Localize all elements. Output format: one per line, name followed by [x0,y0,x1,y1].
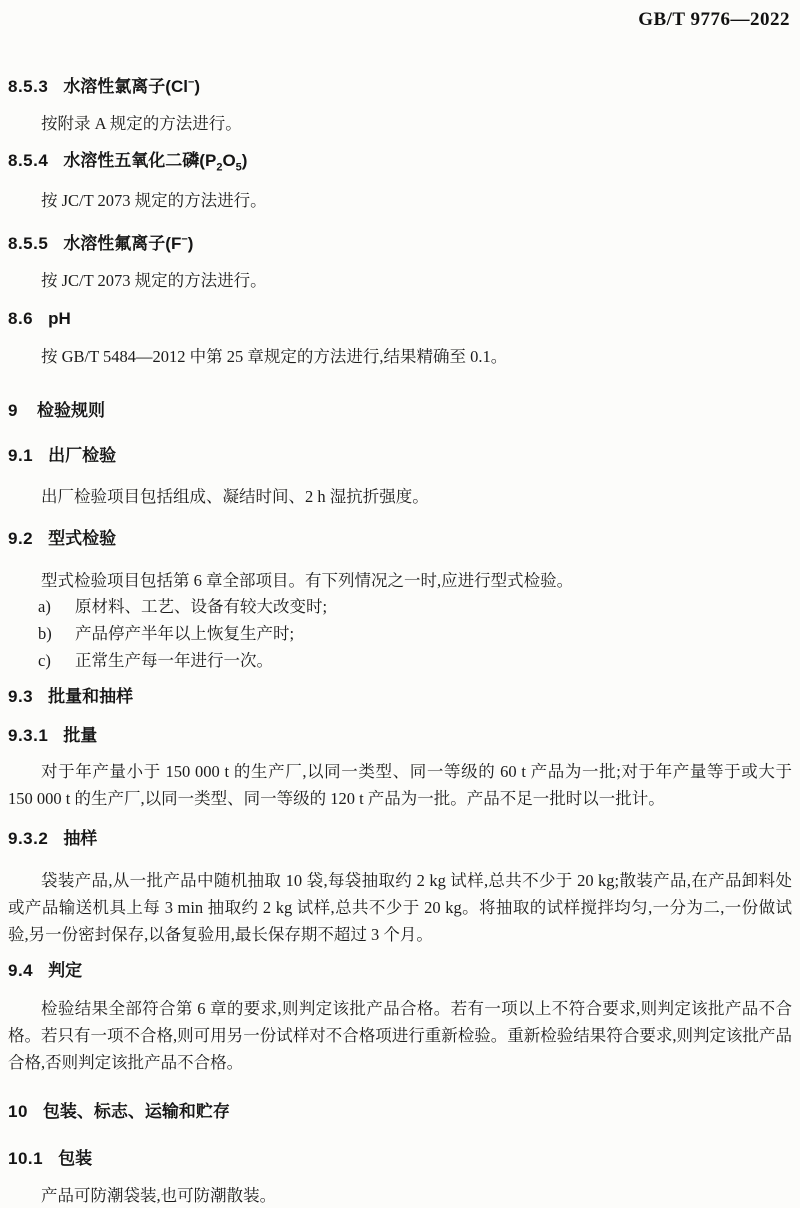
section-number: 10.1 [8,1145,43,1172]
section-number: 9.2 [8,525,33,552]
paragraph-10-1: 产品可防潮袋装,也可防潮散装。 [8,1182,792,1208]
section-title: 检验规则 [37,401,105,420]
paragraph-9-1: 出厂检验项目包括组成、凝结时间、2 h 湿抗折强度。 [8,483,792,510]
section-heading-8-5-5: 8.5.5水溶性氟离子(F−) [8,230,792,257]
section-number: 9.3 [8,683,33,710]
list-text: 产品停产半年以上恢复生产时; [75,620,294,647]
paragraph-9-4: 检验结果全部符合第 6 章的要求,则判定该批产品合格。若有一项以上不符合要求,则… [8,995,792,1076]
section-number: 8.5.4 [8,147,48,174]
section-title: 批量 [63,726,97,745]
section-title: 批量和抽样 [48,687,133,706]
section-title: 水溶性氟离子(F−) [63,234,193,253]
section-number: 10 [8,1098,28,1125]
list-text: 正常生产每一年进行一次。 [75,647,273,674]
section-heading-9-1: 9.1出厂检验 [8,442,792,469]
section-heading-10: 10包装、标志、运输和贮存 [8,1098,792,1125]
section-title: 水溶性氯离子(Cl−) [63,77,200,96]
type-inspection-condition-list: a)原材料、工艺、设备有较大改变时; b)产品停产半年以上恢复生产时; c)正常… [8,593,792,674]
paragraph-8-5-3: 按附录 A 规定的方法进行。 [8,110,792,137]
paragraph-9-3-1: 对于年产量小于 150 000 t 的生产厂,以同一类型、同一等级的 60 t … [8,758,792,812]
list-item: a)原材料、工艺、设备有较大改变时; [8,593,792,620]
section-heading-8-5-4: 8.5.4水溶性五氧化二磷(P2O5) [8,147,792,174]
section-heading-8-5-3: 8.5.3水溶性氯离子(Cl−) [8,73,792,100]
section-number: 8.5.5 [8,230,48,257]
list-item: b)产品停产半年以上恢复生产时; [8,620,792,647]
section-number: 8.5.3 [8,73,48,100]
section-heading-10-1: 10.1包装 [8,1145,792,1172]
section-heading-9-3-1: 9.3.1批量 [8,722,792,749]
section-number: 9.4 [8,957,33,984]
section-heading-9-3: 9.3批量和抽样 [8,683,792,710]
section-title: pH [48,309,71,328]
paragraph-8-5-5: 按 JC/T 2073 规定的方法进行。 [8,267,792,294]
list-marker: c) [38,647,75,674]
section-number: 9 [8,397,22,424]
section-heading-9-3-2: 9.3.2抽样 [8,825,792,852]
section-heading-9-2: 9.2型式检验 [8,525,792,552]
section-number: 9.3.2 [8,825,48,852]
section-heading-9: 9检验规则 [8,397,792,424]
list-marker: b) [38,620,75,647]
section-title: 包装 [58,1149,92,1168]
section-title: 包装、标志、运输和贮存 [43,1102,230,1121]
document-page: GB/T 9776—2022 8.5.3水溶性氯离子(Cl−) 按附录 A 规定… [0,0,800,1208]
section-title: 出厂检验 [48,446,116,465]
paragraph-8-5-4: 按 JC/T 2073 规定的方法进行。 [8,187,792,214]
section-heading-9-4: 9.4判定 [8,957,792,984]
section-title: 抽样 [63,829,97,848]
list-text: 原材料、工艺、设备有较大改变时; [75,593,327,620]
section-title: 判定 [48,961,82,980]
list-marker: a) [38,593,75,620]
paragraph-8-6: 按 GB/T 5484—2012 中第 25 章规定的方法进行,结果精确至 0.… [8,343,792,370]
section-number: 9.3.1 [8,722,48,749]
doc-code: GB/T 9776—2022 [638,9,790,31]
section-number: 8.6 [8,305,33,332]
paragraph-9-3-2: 袋装产品,从一批产品中随机抽取 10 袋,每袋抽取约 2 kg 试样,总共不少于… [8,867,792,948]
section-title: 型式检验 [48,529,116,548]
section-heading-8-6: 8.6pH [8,305,792,332]
section-title: 水溶性五氧化二磷(P2O5) [63,151,247,170]
list-item: c)正常生产每一年进行一次。 [8,647,792,674]
paragraph-9-2: 型式检验项目包括第 6 章全部项目。有下列情况之一时,应进行型式检验。 [8,567,792,594]
section-number: 9.1 [8,442,33,469]
